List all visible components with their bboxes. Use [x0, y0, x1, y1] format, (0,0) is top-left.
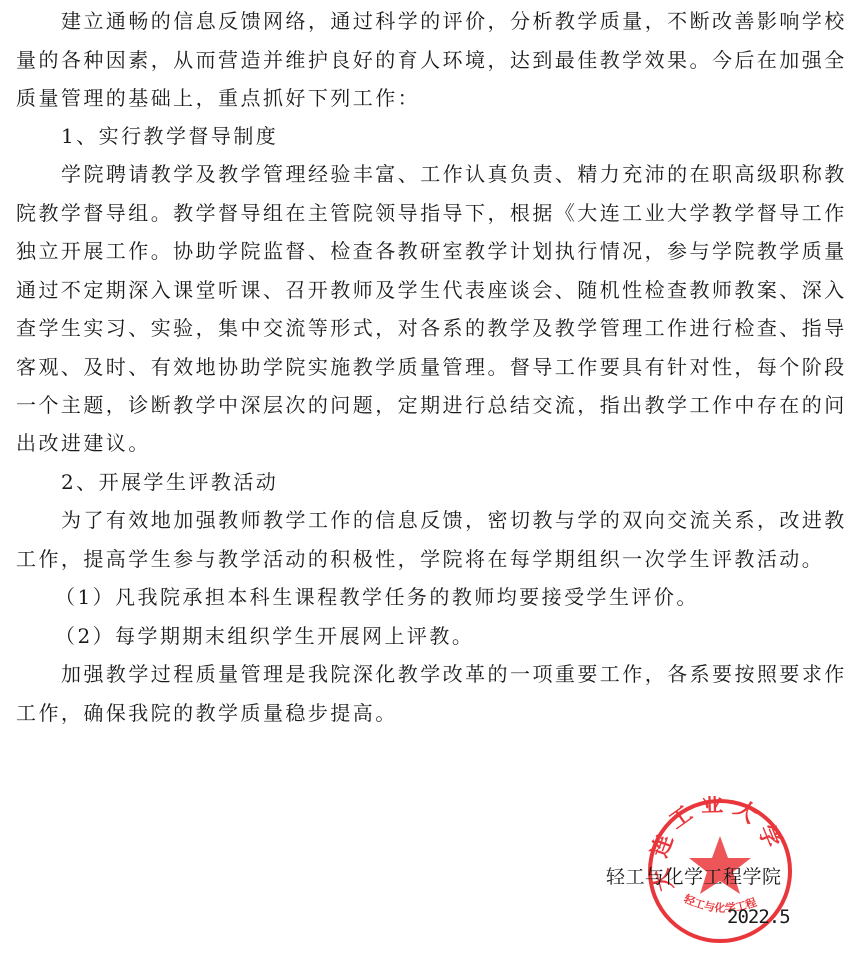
paragraph-conclusion-line-1: 加强教学过程质量管理是我院深化教学改革的一项重要工作，各系要按照要求作好此项 — [61, 655, 844, 693]
signature-department: 轻工与化学工程学院 — [606, 858, 782, 896]
paragraph-supervision-line-1: 学院聘请教学及教学管理经验丰富、工作认真负责、精力充沛的在职高级职称教师成立 — [61, 155, 844, 193]
paragraph-supervision-line-8: 出改进建议。 — [16, 424, 151, 462]
paragraph-supervision-line-7: 一个主题，诊断教学中深层次的问题，定期进行总结交流，指出教学工作中存在的问题，提 — [16, 386, 844, 424]
section-heading-1: 1、实行教学督导制度 — [61, 117, 278, 155]
paragraph-supervision-line-4: 通过不定期深入课堂听课、召开教师及学生代表座谈会、随机性检查教师教案、深入现场检 — [16, 271, 844, 309]
paragraph-supervision-line-6: 客观、及时、有效地协助学院实施教学质量管理。督导工作要具有针对性，每个阶段都要有 — [16, 348, 844, 386]
paragraph-intro-line-3: 质量管理的基础上，重点抓好下列工作： — [16, 79, 420, 117]
paragraph-evaluation-line-2: 工作，提高学生参与教学活动的积极性，学院将在每学期组织一次学生评教活动。 — [16, 540, 824, 578]
paragraph-intro-line-2: 量的各种因素，从而营造并维护良好的育人环境，达到最佳教学效果。今后在加强全面教学 — [16, 41, 844, 79]
paragraph-supervision-line-2: 院教学督导组。教学督导组在主管院领导指导下，根据《大连工业大学教学督导工作章程》 — [16, 194, 844, 232]
paragraph-conclusion-line-2: 工作，确保我院的教学质量稳步提高。 — [16, 694, 398, 732]
list-item-2: （2）每学期期末组织学生开展网上评教。 — [55, 617, 474, 655]
paragraph-supervision-line-3: 独立开展工作。协助学院监督、检查各教研室教学计划执行情况，参与学院教学质量检查， — [16, 232, 844, 270]
signature-date: 2022.5 — [727, 898, 790, 936]
paragraph-supervision-line-5: 查学生实习、实验，集中交流等形式，对各系的教学及教学管理工作进行检查、指导和监控… — [16, 309, 844, 347]
paragraph-evaluation-line-1: 为了有效地加强教师教学工作的信息反馈，密切教与学的双向交流关系，改进教师教学 — [61, 501, 844, 539]
list-item-1: （1）凡我院承担本科生课程教学任务的教师均要接受学生评价。 — [55, 578, 699, 616]
paragraph-intro-line-1: 建立通畅的信息反馈网络，通过科学的评价，分析教学质量，不断改善影响学校教学质 — [61, 2, 844, 40]
section-heading-2: 2、开展学生评教活动 — [61, 463, 278, 501]
